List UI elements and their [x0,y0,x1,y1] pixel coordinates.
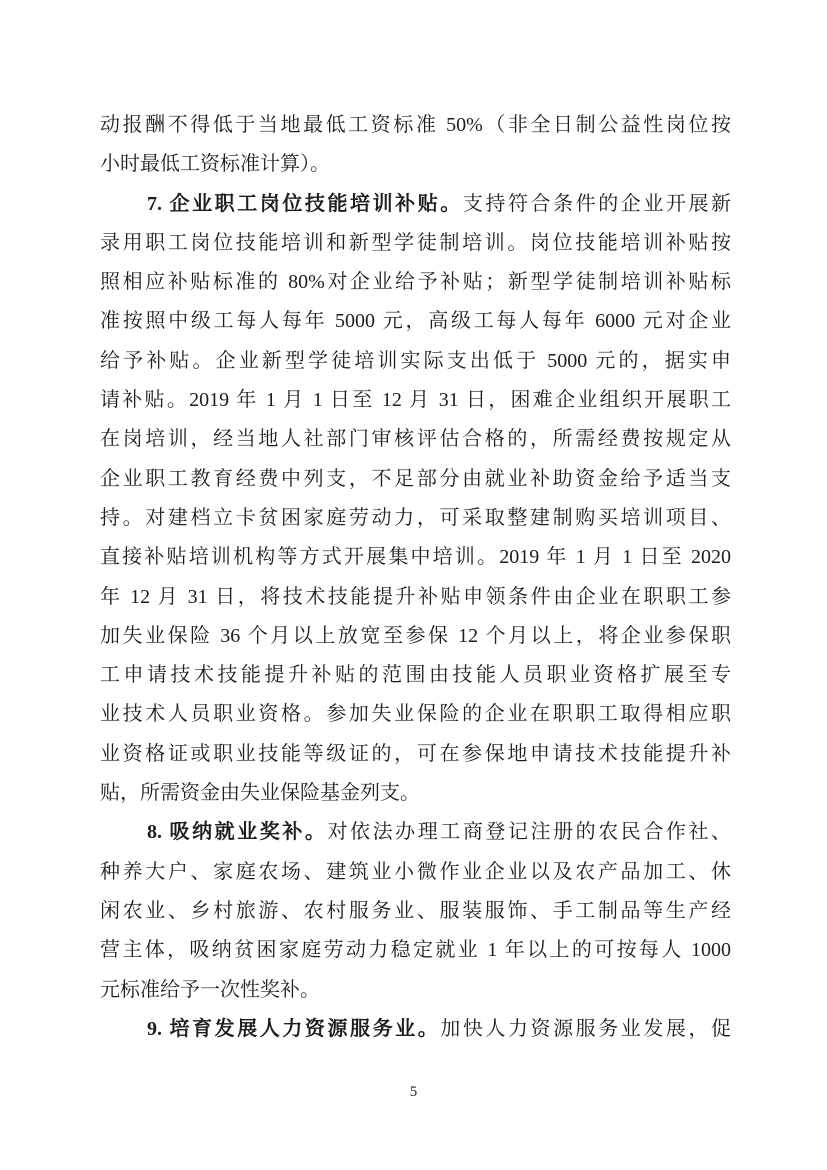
line-text: 加快人力资源服务业发展，促 [440,1018,731,1040]
text-line: 持。对建档立卡贫困家庭劳动力，可采取整建制购买培训项目、 [100,499,731,538]
text-line: 工申请技术技能提升补贴的范围由技能人员职业资格扩展至专 [100,656,731,695]
line-text: 贴，所需资金由失业保险基金列支。 [100,782,420,804]
text-line: 9. 培育发展人力资源服务业。加快人力资源服务业发展，促 [100,1010,731,1049]
text-line: 8. 吸纳就业奖补。对依法办理工商登记注册的农民合作社、 [100,813,731,852]
line-text: 闲农业、乡村旅游、农村服务业、服装服饰、手工制品等生产经 [100,900,731,922]
line-text: 持。对建档立卡贫困家庭劳动力，可采取整建制购买培训项目、 [100,507,731,529]
text-line: 小时最低工资标准计算）。 [100,145,731,184]
line-text: 企业职工教育经费中列支，不足部分由就业补助资金给予适当支 [100,468,731,490]
text-line: 年 12 月 31 日，将技术技能提升补贴申领条件由企业在职职工参 [100,578,731,617]
line-text: 录用职工岗位技能培训和新型学徒制培训。岗位技能培训补贴按 [100,232,731,254]
line-text: 加失业保险 36 个月以上放宽至参保 12 个月以上，将企业参保职 [100,625,731,647]
line-text: 小时最低工资标准计算）。 [100,153,330,175]
text-line: 闲农业、乡村旅游、农村服务业、服装服饰、手工制品等生产经 [100,892,731,931]
text-line: 贴，所需资金由失业保险基金列支。 [100,774,731,813]
line-text: 给予补贴。企业新型学徒培训实际支出低于 5000 元的，据实申 [100,350,731,372]
text-line: 请补贴。2019 年 1 月 1 日至 12 月 31 日，困难企业组织开展职工 [100,381,731,420]
text-line: 照相应补贴标准的 80%对企业给予补贴；新型学徒制培训补贴标 [100,263,731,302]
line-text: 年 12 月 31 日，将技术技能提升补贴申领条件由企业在职职工参 [100,586,731,608]
line-text: 元标准给予一次性奖补。 [100,979,320,1001]
line-text: 动报酬不得低于当地最低工资标准 50%（非全日制公益性岗位按 [100,114,731,136]
line-text: 工申请技术技能提升补贴的范围由技能人员职业资格扩展至专 [100,664,731,686]
line-text: 种养大户、家庭农场、建筑业小微作业企业以及农产品加工、休 [100,861,731,883]
text-line: 准按照中级工每人每年 5000 元，高级工每人每年 6000 元对企业 [100,302,731,341]
text-line: 加失业保险 36 个月以上放宽至参保 12 个月以上，将企业参保职 [100,617,731,656]
text-line: 元标准给予一次性奖补。 [100,971,731,1010]
text-line: 录用职工岗位技能培训和新型学徒制培训。岗位技能培训补贴按 [100,224,731,263]
text-line: 业技术人员职业资格。参加失业保险的企业在职职工取得相应职 [100,695,731,734]
line-text: 直接补贴培训机构等方式开展集中培训。2019 年 1 月 1 日至 2020 [100,546,731,568]
text-line: 种养大户、家庭农场、建筑业小微作业企业以及农产品加工、休 [100,853,731,892]
item-heading-8: 8. 吸纳就业奖补。 [147,821,327,843]
page-number: 5 [0,1082,827,1102]
item-heading-9: 9. 培育发展人力资源服务业。 [147,1018,440,1040]
text-line: 7. 企业职工岗位技能培训补贴。支持符合条件的企业开展新 [100,185,731,224]
text-line: 直接补贴培训机构等方式开展集中培训。2019 年 1 月 1 日至 2020 [100,538,731,577]
line-text: 业技术人员职业资格。参加失业保险的企业在职职工取得相应职 [100,703,731,725]
line-text: 支持符合条件的企业开展新 [463,193,731,215]
document-page: 动报酬不得低于当地最低工资标准 50%（非全日制公益性岗位按 小时最低工资标准计… [0,0,827,1170]
text-line: 给予补贴。企业新型学徒培训实际支出低于 5000 元的，据实申 [100,342,731,381]
text-line: 业资格证或职业技能等级证的，可在参保地申请技术技能提升补 [100,735,731,774]
line-text: 营主体，吸纳贫困家庭劳动力稳定就业 1 年以上的可按每人 1000 [100,939,731,961]
item-heading-7: 7. 企业职工岗位技能培训补贴。 [147,193,463,215]
line-text: 请补贴。2019 年 1 月 1 日至 12 月 31 日，困难企业组织开展职工 [100,389,731,411]
line-text: 业资格证或职业技能等级证的，可在参保地申请技术技能提升补 [100,743,731,765]
text-line: 在岗培训，经当地人社部门审核评估合格的，所需经费按规定从 [100,420,731,459]
text-line: 动报酬不得低于当地最低工资标准 50%（非全日制公益性岗位按 [100,106,731,145]
line-text: 在岗培训，经当地人社部门审核评估合格的，所需经费按规定从 [100,428,731,450]
text-line: 营主体，吸纳贫困家庭劳动力稳定就业 1 年以上的可按每人 1000 [100,931,731,970]
line-text: 照相应补贴标准的 80%对企业给予补贴；新型学徒制培训补贴标 [100,271,731,293]
text-block: 动报酬不得低于当地最低工资标准 50%（非全日制公益性岗位按 小时最低工资标准计… [100,106,731,1049]
text-line: 企业职工教育经费中列支，不足部分由就业补助资金给予适当支 [100,460,731,499]
line-text: 对依法办理工商登记注册的农民合作社、 [327,821,731,843]
line-text: 准按照中级工每人每年 5000 元，高级工每人每年 6000 元对企业 [100,310,731,332]
